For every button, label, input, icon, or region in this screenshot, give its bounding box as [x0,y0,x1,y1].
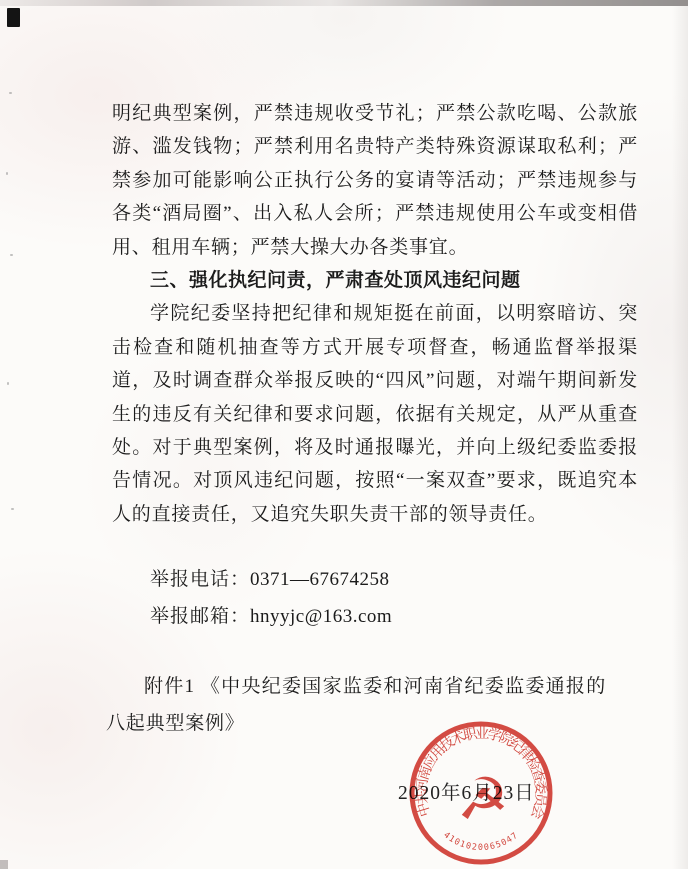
report-phone-number: 0371—67674258 [250,569,390,590]
document-body: 明纪典型案例，严禁违规收受节礼；严禁公款吃喝、公款旅游、滥发钱物；严禁利用名贵特… [112,97,638,531]
scan-corner-smudge [0,860,8,869]
scan-top-shadow [0,0,688,6]
seal-number: 4101020065047 [441,830,520,853]
scan-corner-black-mark [7,8,20,27]
report-email-label: 举报邮箱： [150,606,250,627]
report-email-line: 举报邮箱：hnyyjc@163.com [112,599,392,636]
scan-speck [9,92,12,94]
report-phone-label: 举报电话： [150,569,250,590]
scan-speck [11,508,14,510]
scan-right-edge-shading [672,0,688,869]
report-phone-line: 举报电话：0371—67674258 [112,562,392,599]
official-seal-graphic: 中共河南应用技术职业学院纪律检查委员会 4101020065047 ☭ [407,719,555,867]
official-seal: 中共河南应用技术职业学院纪律检查委员会 4101020065047 ☭ [407,719,555,867]
paragraph-discipline-inspection: 学院纪委坚持把纪律和规矩挺在前面，以明察暗访、突击检查和随机抽查等方式开展专项督… [112,297,638,531]
section-heading: 三、强化执纪问责，严肃查处顶风违纪问题 [112,264,638,297]
hammer-sickle-icon: ☭ [457,765,509,833]
report-email-address: hnyyjc@163.com [250,606,392,627]
scan-speck [10,254,13,256]
scanned-document-page: 明纪典型案例，严禁违规收受节礼；严禁公款吃喝、公款旅游、滥发钱物；严禁利用名贵特… [0,0,688,869]
scan-speck [6,172,8,175]
report-contact-block: 举报电话：0371—67674258 举报邮箱：hnyyjc@163.com [112,562,392,635]
paragraph-prohibitions: 明纪典型案例，严禁违规收受节礼；严禁公款吃喝、公款旅游、滥发钱物；严禁利用名贵特… [112,97,638,264]
scan-speck [7,382,9,385]
